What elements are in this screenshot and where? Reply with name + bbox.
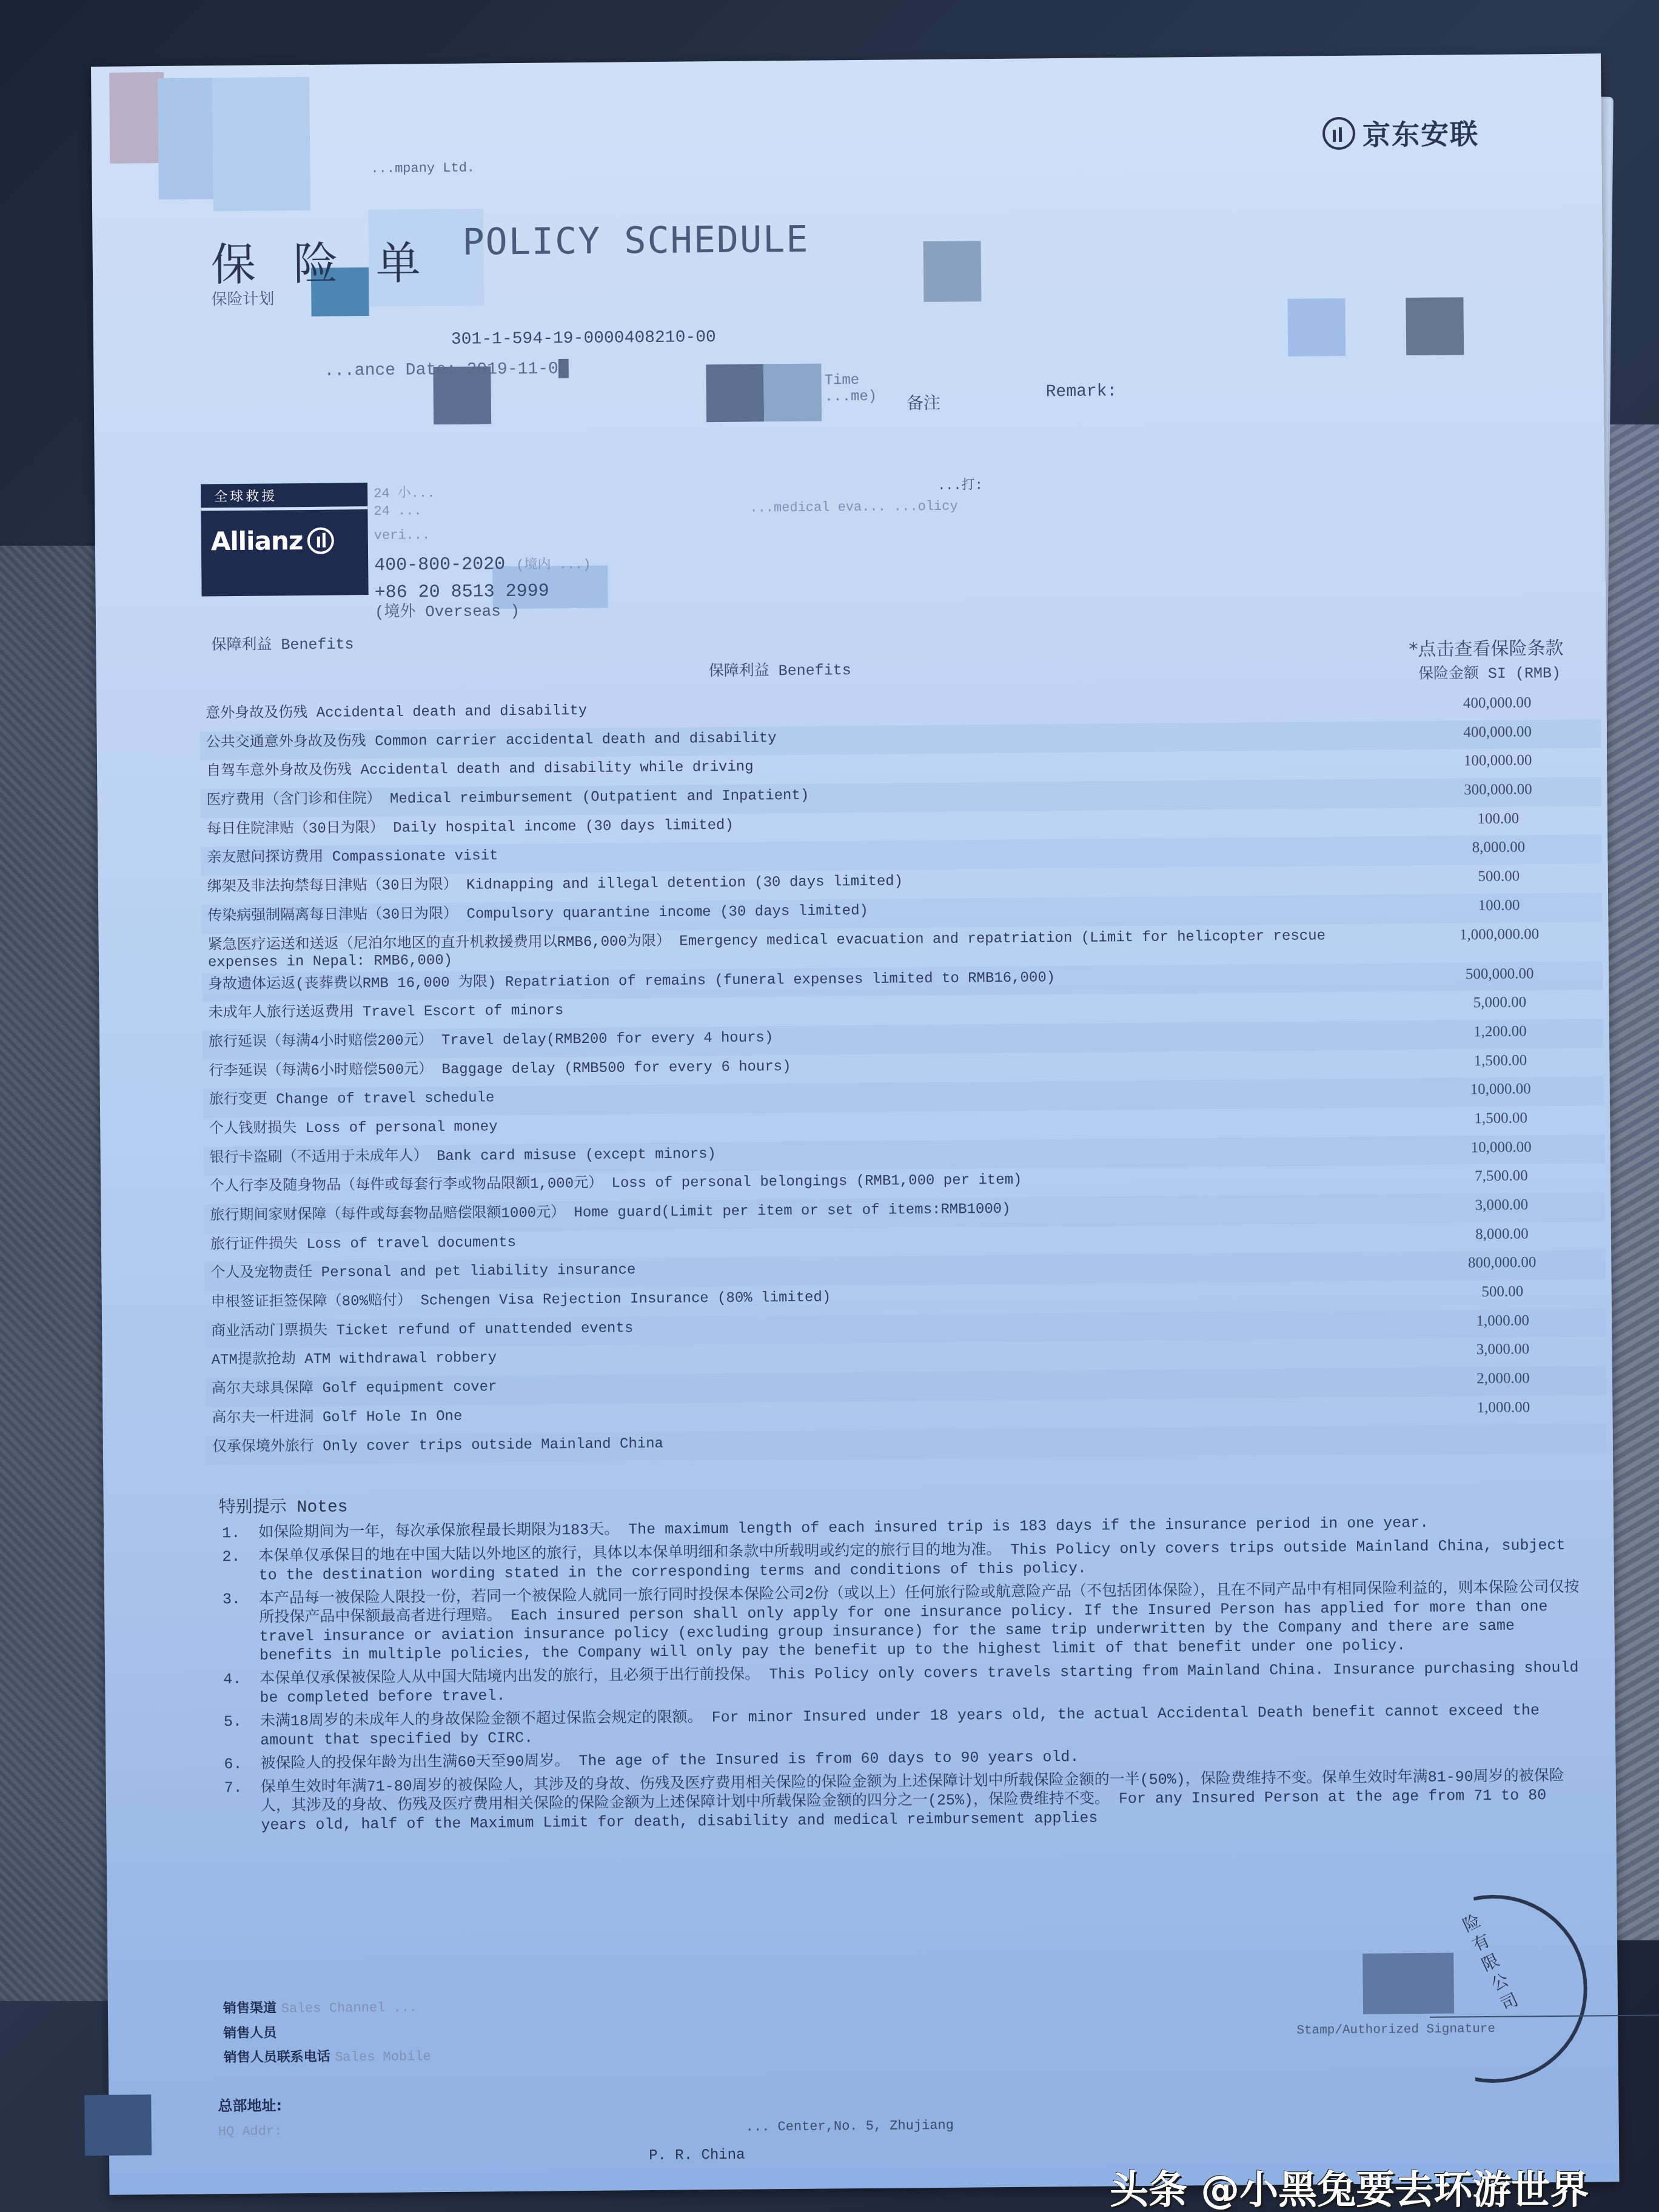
benefit-amount: 300,000.00 <box>1395 777 1601 799</box>
domestic-hotline: 400-800-2020 (境内 ...) <box>374 554 591 576</box>
redaction <box>706 364 764 422</box>
watermark: 头条 @小黑兔要去环游世界 <box>1110 2159 1589 2212</box>
sales-mobile-en: Sales Mobile <box>335 2049 431 2065</box>
brand-name: 京东安联 <box>1362 112 1480 153</box>
benefit-amount: 1,000.00 <box>1399 1308 1606 1330</box>
column-header-sum-insured: 保险金额 SI (RMB) <box>1418 660 1561 683</box>
note-item: 7.保单生效时年满71-80周岁的被保险人，其涉及的身故、伤残及医疗费用相关保险… <box>224 1767 1583 1835</box>
policy-number: 301-1-594-19-0000408210-00 <box>451 328 716 349</box>
note-text: 本保单仅承保被保险人从中国大陆境内出发的旅行，且必须于出行前投保。 This P… <box>260 1658 1581 1708</box>
allianz-eagle-icon <box>1322 117 1355 150</box>
note-number: 3. <box>223 1590 260 1666</box>
redaction <box>1406 297 1464 355</box>
redaction <box>158 78 213 199</box>
benefit-amount: 500.00 <box>1396 863 1602 886</box>
redaction <box>923 241 982 302</box>
note-text: 未满18周岁的未成年人的身故保险金额不超过保监会规定的限额。 For minor… <box>260 1701 1582 1750</box>
time-label: Time ...me) <box>824 372 877 406</box>
note-number: 4. <box>223 1670 260 1708</box>
allianz-logo: Allianz <box>211 526 335 557</box>
benefit-amount: 2,000.00 <box>1400 1366 1606 1388</box>
redaction <box>763 364 822 422</box>
hq-street: ... Center,No. 5, Zhujiang <box>746 2118 954 2135</box>
benefit-amount: 400,000.00 <box>1394 719 1600 742</box>
benefit-amount: 1,500.00 <box>1398 1105 1604 1128</box>
redaction <box>109 72 164 164</box>
benefit-amount: 1,500.00 <box>1397 1048 1603 1070</box>
note-item: 2.本保单仅承保目的地在中国大陆以外地区的旅行，具体以本保单明细和条款中所载明或… <box>222 1536 1580 1586</box>
assist-line-24h-2: 24 ... <box>374 503 421 519</box>
issuance-date-label: ...ance Date: <box>324 361 457 381</box>
note-number: 2. <box>222 1547 259 1586</box>
note-number: 5. <box>224 1712 261 1751</box>
assist-line-24h-1: 24 小... <box>374 482 435 501</box>
allianz-wordmark: Allianz <box>211 526 303 556</box>
sales-channel-label: 销售渠道 <box>223 2000 276 2016</box>
benefit-amount: 100.00 <box>1395 806 1601 828</box>
benefit-amount: 3,000.00 <box>1399 1337 1606 1359</box>
global-assistance-badge: 全球救援 Allianz <box>201 483 369 596</box>
domestic-phone: 400-800-2020 <box>374 554 505 576</box>
benefit-amount: 100.00 <box>1396 893 1602 915</box>
benefit-amount: 10,000.00 <box>1398 1134 1604 1157</box>
sales-mobile: 销售人员联系电话 Sales Mobile <box>223 2044 431 2071</box>
note-text: 本产品每一被保险人限投一份，若同一个被保险人就同一旅行同时投保本保险公司2份（或… <box>259 1578 1581 1665</box>
note-item: 5.未满18周岁的未成年人的身故保险金额不超过保监会规定的限额。 For min… <box>224 1701 1582 1751</box>
sales-mobile-label: 销售人员联系电话 <box>224 2049 330 2066</box>
benefit-description: 意外身故及伤残 Accidental death and disability <box>199 692 1394 723</box>
benefit-amount: 8,000.00 <box>1395 835 1601 857</box>
sales-channel: 销售渠道 Sales Channel ... <box>223 1995 431 2022</box>
view-clauses-link[interactable]: *点击查看保险条款 <box>1409 633 1563 661</box>
benefits-table: 意外身故及伤残 Accidental death and disability4… <box>199 690 1607 1464</box>
assistance-title: 全球救援 <box>201 483 367 511</box>
benefit-amount: 7,500.00 <box>1398 1164 1604 1186</box>
note-number: 1. <box>222 1524 258 1543</box>
stamp-caption: Stamp/Authorized Signature <box>1296 2022 1495 2038</box>
policy-document: ...mpany Ltd. 京东安联 保险单 POLICY SCHEDULE 保… <box>91 53 1620 2195</box>
assist-medical-text: ...medical eva... ...olicy <box>749 499 957 516</box>
assist-line-verify: veri... <box>374 528 431 543</box>
hq-address-en-label: HQ Addr: <box>218 2123 283 2139</box>
title-cn: 保险单 <box>210 227 458 294</box>
benefit-amount: 3,000.00 <box>1398 1192 1604 1215</box>
note-text: 保单生效时年满71-80周岁的被保险人，其涉及的身故、伤残及医疗费用相关保险的保… <box>261 1767 1583 1835</box>
time-label-1: Time <box>824 372 877 389</box>
issuance-date-value: 2019-11-0█ <box>467 360 569 379</box>
note-item: 3.本产品每一被保险人限投一份，若同一个被保险人就同一旅行同时投保本保险公司2份… <box>223 1578 1581 1666</box>
overseas-hotline: +86 20 8513 2999 (境外 Overseas ) <box>374 581 549 627</box>
company-name: ...mpany Ltd. <box>370 160 475 176</box>
overseas-phone: +86 20 8513 2999 <box>374 581 549 603</box>
domestic-note: (境内 ...) <box>516 557 591 573</box>
notes-heading: 特别提示 Notes <box>219 1492 348 1518</box>
sales-person: 销售人员 <box>223 2020 431 2046</box>
benefit-amount: 100,000.00 <box>1395 748 1601 771</box>
sales-person-label: 销售人员 <box>223 2025 276 2041</box>
redaction <box>1362 1953 1454 2014</box>
title-en: POLICY SCHEDULE <box>462 218 809 264</box>
redaction <box>1287 298 1346 357</box>
notes-list: 1.如保险期间为一年，每次承保旅程最长期限为183天。 The maximum … <box>222 1512 1583 1840</box>
benefit-amount: 800,000.00 <box>1399 1250 1605 1273</box>
sales-info: 销售渠道 Sales Channel ... 销售人员 销售人员联系电话 Sal… <box>223 1995 431 2071</box>
time-label-2: ...me) <box>825 389 877 406</box>
hq-address-label: 总部地址: <box>218 2093 282 2115</box>
assist-call-label: ...打: <box>937 474 983 494</box>
sales-channel-en: Sales Channel ... <box>281 2000 418 2016</box>
remark-label-en: Remark: <box>1046 382 1118 401</box>
benefit-amount: 1,000,000.00 <box>1396 922 1602 944</box>
benefit-amount: 1,000.00 <box>1400 1395 1606 1417</box>
note-number: 7. <box>224 1778 261 1835</box>
allianz-mark-icon <box>307 527 334 554</box>
issuance-date: ...ance Date: 2019-11-0█ <box>324 360 569 381</box>
benefit-amount: 500.00 <box>1399 1279 1606 1301</box>
redaction <box>212 77 310 211</box>
note-text: 本保单仅承保目的地在中国大陆以外地区的旅行，具体以本保单明细和条款中所载明或约定… <box>258 1536 1580 1585</box>
overseas-note: (境外 Overseas ) <box>375 602 549 622</box>
redaction <box>84 2094 152 2156</box>
hq-country: P. R. China <box>649 2147 745 2164</box>
benefit-amount: 400,000.00 <box>1394 690 1600 712</box>
benefit-amount: 500,000.00 <box>1396 961 1603 984</box>
brand-logo: 京东安联 <box>1322 112 1480 153</box>
subtitle-cn: 保险计划 <box>211 286 274 309</box>
remark-label-cn: 备注 <box>907 390 940 414</box>
column-header-benefit: 保障利益 Benefits <box>709 657 851 680</box>
note-item: 4.本保单仅承保被保险人从中国大陆境内出发的旅行，且必须于出行前投保。 This… <box>223 1658 1581 1708</box>
benefit-amount: 1,200.00 <box>1397 1019 1603 1041</box>
benefit-amount: 5,000.00 <box>1396 990 1603 1012</box>
benefits-heading: 保障利益 Benefits <box>211 631 354 654</box>
note-number: 6. <box>224 1755 260 1774</box>
benefit-amount: 10,000.00 <box>1398 1077 1604 1099</box>
benefit-amount: 8,000.00 <box>1399 1221 1605 1244</box>
